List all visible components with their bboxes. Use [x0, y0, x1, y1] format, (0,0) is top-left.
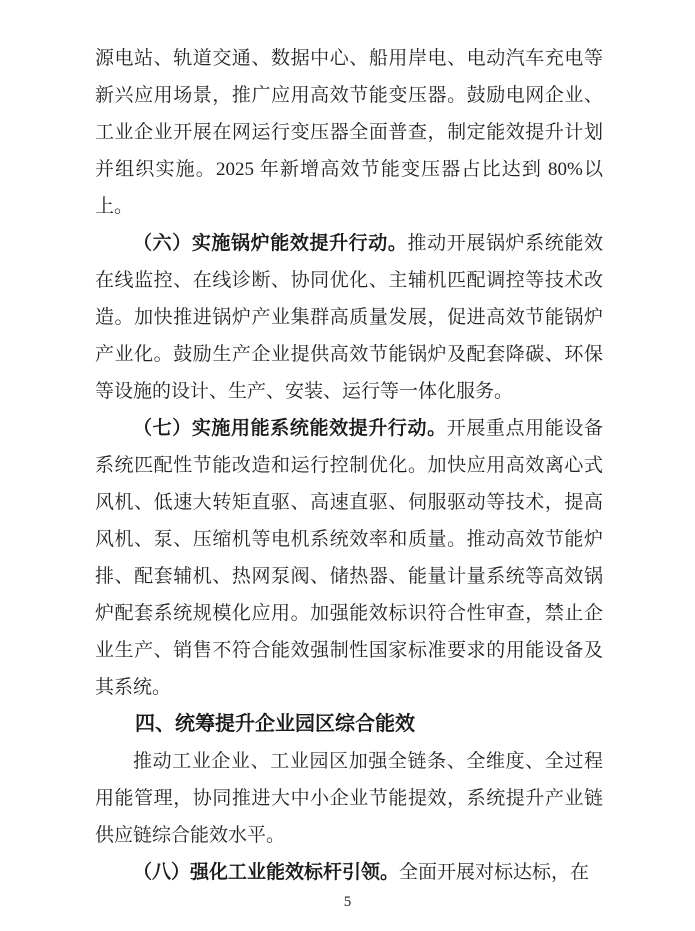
document-body: 源电站、轨道交通、数据中心、船用岸电、电动汽车充电等新兴应用场景，推广应用高效节…	[95, 40, 603, 891]
paragraph: （七）实施用能系统能效提升行动。开展重点用能设备系统匹配性节能改造和运行控制优化…	[95, 410, 603, 706]
paragraph-text: 源电站、轨道交通、数据中心、船用岸电、电动汽车充电等新兴应用场景，推广应用高效节…	[95, 48, 603, 217]
document-page: 源电站、轨道交通、数据中心、船用岸电、电动汽车充电等新兴应用场景，推广应用高效节…	[0, 0, 695, 931]
section-heading-text: 四、统筹提升企业园区综合能效	[135, 713, 415, 735]
paragraph-text: 推动开展锅炉系统能效在线监控、在线诊断、协同优化、主辅机匹配调控等技术改造。加快…	[95, 233, 603, 402]
paragraph-lead: （七）实施用能系统能效提升行动。	[133, 418, 447, 439]
page-number: 5	[0, 893, 695, 911]
paragraph-text: 全面开展对标达标，在	[399, 862, 589, 883]
paragraph: 推动工业企业、工业园区加强全链条、全维度、全过程用能管理，协同推进大中小企业节能…	[95, 743, 603, 854]
paragraph-lead: （六）实施锅炉能效提升行动。	[133, 233, 408, 254]
paragraph: （八）强化工业能效标杆引领。全面开展对标达标，在	[95, 854, 603, 891]
section-heading: 四、统筹提升企业园区综合能效	[95, 706, 603, 743]
paragraph-text: 推动工业企业、工业园区加强全链条、全维度、全过程用能管理，协同推进大中小企业节能…	[95, 751, 603, 846]
paragraph-lead: （八）强化工业能效标杆引领。	[133, 862, 399, 883]
paragraph-text: 开展重点用能设备系统匹配性节能改造和运行控制优化。加快应用高效离心式风机、低速大…	[95, 418, 603, 698]
paragraph: 源电站、轨道交通、数据中心、船用岸电、电动汽车充电等新兴应用场景，推广应用高效节…	[95, 40, 603, 225]
paragraph: （六）实施锅炉能效提升行动。推动开展锅炉系统能效在线监控、在线诊断、协同优化、主…	[95, 225, 603, 410]
